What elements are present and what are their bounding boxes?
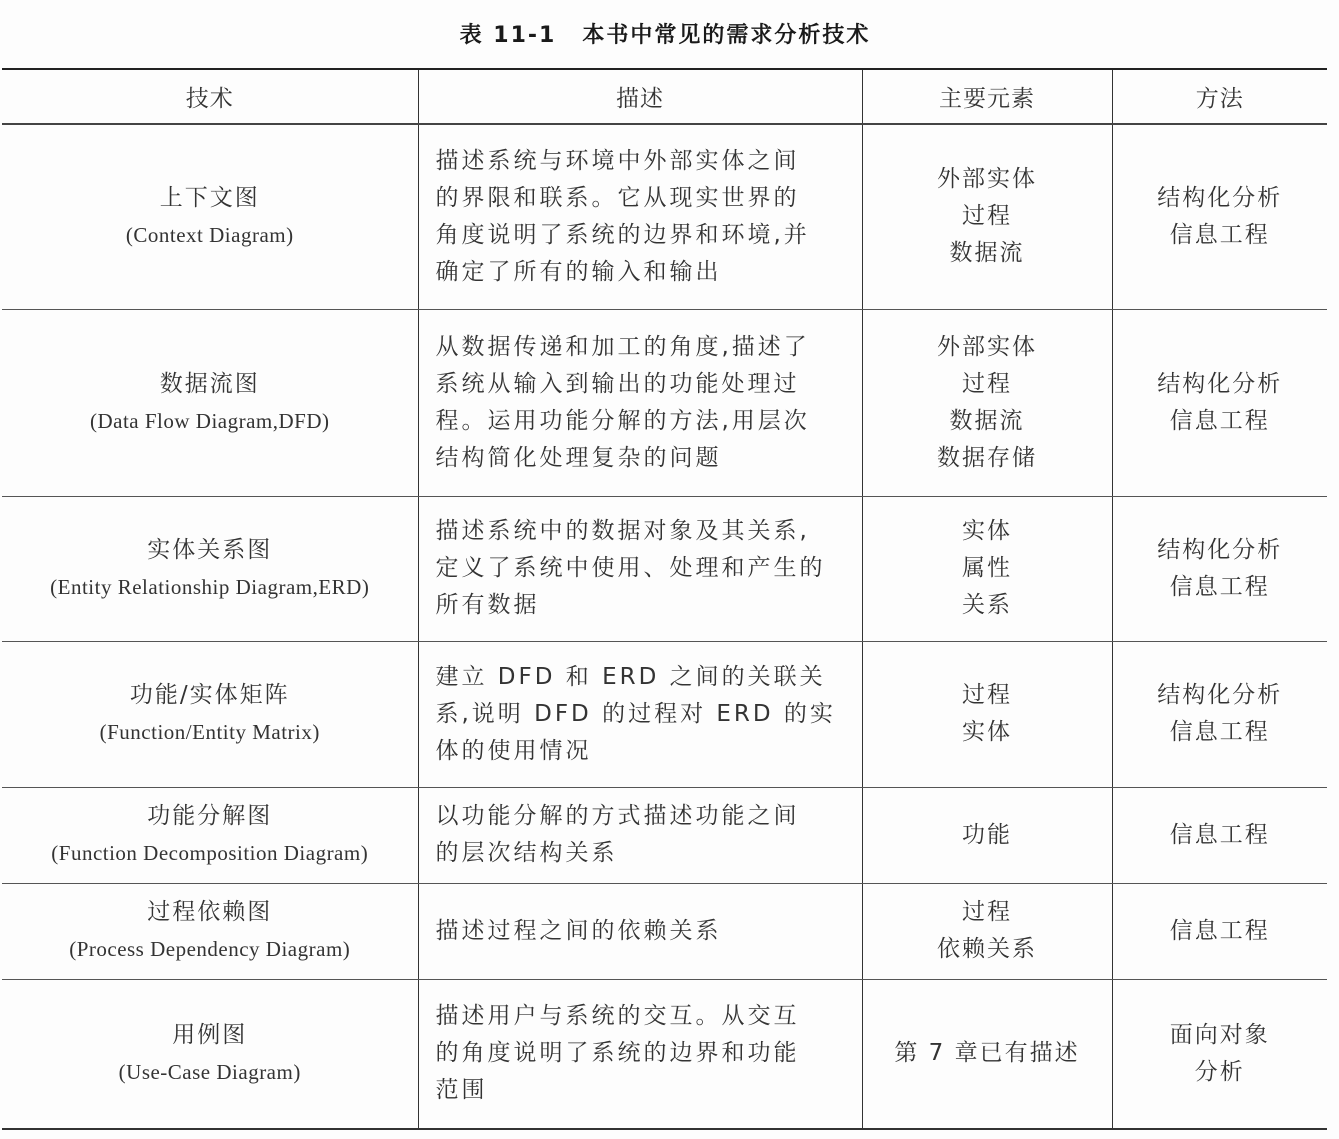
technique-name-en: (Context Diagram): [2, 217, 418, 254]
element-item: 关系: [863, 587, 1112, 624]
table-title: 本书中常见的需求分析技术: [582, 23, 870, 48]
description-cell: 描述用户与系统的交互。从交互的角度说明了系统的边界和功能范围: [418, 979, 862, 1129]
description-line: 从数据传递和加工的角度,描述了: [436, 329, 844, 366]
description-line: 以功能分解的方式描述功能之间: [436, 798, 844, 835]
description-line: 结构简化处理复杂的问题: [436, 440, 844, 477]
header-description: 描述: [418, 69, 862, 124]
description-line: 描述过程之间的依赖关系: [436, 913, 844, 950]
method-item: 信息工程: [1113, 217, 1328, 254]
technique-name-zh: 上下文图: [2, 180, 418, 217]
table-number: 表 11-1: [460, 23, 557, 48]
technique-name-en: (Process Dependency Diagram): [2, 931, 418, 968]
method-item: 信息工程: [1113, 714, 1328, 751]
main-elements-cell: 实体属性关系: [862, 496, 1112, 641]
element-item: 数据存储: [863, 440, 1112, 477]
description-line: 系统从输入到输出的功能处理过: [436, 366, 844, 403]
description-line: 系,说明 DFD 的过程对 ERD 的实: [436, 696, 844, 733]
method-item: 结构化分析: [1113, 366, 1328, 403]
technique-cell: 过程依赖图 (Process Dependency Diagram): [2, 883, 418, 979]
technique-cell: 功能/实体矩阵 (Function/Entity Matrix): [2, 641, 418, 787]
method-cell: 信息工程: [1112, 883, 1327, 979]
description-line: 所有数据: [436, 587, 844, 624]
element-item: 依赖关系: [863, 931, 1112, 968]
description-line: 定义了系统中使用、处理和产生的: [436, 550, 844, 587]
element-item: 过程: [863, 366, 1112, 403]
method-cell: 结构化分析信息工程: [1112, 124, 1327, 309]
description-line: 的角度说明了系统的边界和功能: [436, 1035, 844, 1072]
element-item: 外部实体: [863, 161, 1112, 198]
method-item: 结构化分析: [1113, 677, 1328, 714]
method-cell: 结构化分析信息工程: [1112, 496, 1327, 641]
description-line: 描述系统中的数据对象及其关系,: [436, 513, 844, 550]
main-elements-cell: 外部实体过程数据流: [862, 124, 1112, 309]
technique-cell: 数据流图 (Data Flow Diagram,DFD): [2, 309, 418, 496]
element-item: 数据流: [863, 235, 1112, 272]
table-row: 实体关系图 (Entity Relationship Diagram,ERD) …: [2, 496, 1327, 641]
requirements-analysis-techniques-table: 技术 描述 主要元素 方法 上下文图 (Context Diagram) 描述系…: [2, 68, 1327, 1130]
method-item: 分析: [1113, 1054, 1328, 1091]
table-caption: 表 11-1本书中常见的需求分析技术: [0, 18, 1330, 49]
element-item: 外部实体: [863, 329, 1112, 366]
main-elements-cell: 第 7 章已有描述: [862, 979, 1112, 1129]
technique-name-en: (Function Decomposition Diagram): [2, 835, 418, 872]
description-line: 的界限和联系。它从现实世界的: [436, 180, 844, 217]
technique-cell: 上下文图 (Context Diagram): [2, 124, 418, 309]
technique-cell: 实体关系图 (Entity Relationship Diagram,ERD): [2, 496, 418, 641]
method-cell: 结构化分析信息工程: [1112, 309, 1327, 496]
main-elements-cell: 过程依赖关系: [862, 883, 1112, 979]
table-row: 功能/实体矩阵 (Function/Entity Matrix) 建立 DFD …: [2, 641, 1327, 787]
technique-name-zh: 实体关系图: [2, 532, 418, 569]
table-row: 过程依赖图 (Process Dependency Diagram) 描述过程之…: [2, 883, 1327, 979]
element-item: 数据流: [863, 403, 1112, 440]
method-cell: 面向对象分析: [1112, 979, 1327, 1129]
table-row: 功能分解图 (Function Decomposition Diagram) 以…: [2, 787, 1327, 883]
element-item: 过程: [863, 677, 1112, 714]
method-item: 结构化分析: [1113, 180, 1328, 217]
description-line: 描述用户与系统的交互。从交互: [436, 998, 844, 1035]
element-item: 第 7 章已有描述: [863, 1035, 1112, 1072]
main-elements-cell: 过程实体: [862, 641, 1112, 787]
description-cell: 建立 DFD 和 ERD 之间的关联关系,说明 DFD 的过程对 ERD 的实体…: [418, 641, 862, 787]
method-cell: 结构化分析信息工程: [1112, 641, 1327, 787]
description-cell: 以功能分解的方式描述功能之间的层次结构关系: [418, 787, 862, 883]
method-item: 面向对象: [1113, 1017, 1328, 1054]
element-item: 过程: [863, 198, 1112, 235]
technique-name-en: (Entity Relationship Diagram,ERD): [2, 569, 418, 606]
technique-name-en: (Data Flow Diagram,DFD): [2, 403, 418, 440]
description-line: 建立 DFD 和 ERD 之间的关联关: [436, 659, 844, 696]
element-item: 实体: [863, 513, 1112, 550]
description-line: 角度说明了系统的边界和环境,并: [436, 217, 844, 254]
method-item: 结构化分析: [1113, 532, 1328, 569]
description-line: 的层次结构关系: [436, 835, 844, 872]
header-technique: 技术: [2, 69, 418, 124]
table-row: 数据流图 (Data Flow Diagram,DFD) 从数据传递和加工的角度…: [2, 309, 1327, 496]
description-cell: 描述过程之间的依赖关系: [418, 883, 862, 979]
technique-cell: 功能分解图 (Function Decomposition Diagram): [2, 787, 418, 883]
description-cell: 描述系统与环境中外部实体之间的界限和联系。它从现实世界的角度说明了系统的边界和环…: [418, 124, 862, 309]
description-line: 范围: [436, 1072, 844, 1109]
technique-name-zh: 过程依赖图: [2, 894, 418, 931]
description-line: 程。运用功能分解的方法,用层次: [436, 403, 844, 440]
technique-name-en: (Use-Case Diagram): [2, 1054, 418, 1091]
element-item: 功能: [863, 817, 1112, 854]
description-line: 确定了所有的输入和输出: [436, 254, 844, 291]
element-item: 实体: [863, 714, 1112, 751]
technique-cell: 用例图 (Use-Case Diagram): [2, 979, 418, 1129]
header-main-elements: 主要元素: [862, 69, 1112, 124]
table-row: 用例图 (Use-Case Diagram) 描述用户与系统的交互。从交互的角度…: [2, 979, 1327, 1129]
description-line: 体的使用情况: [436, 733, 844, 770]
element-item: 过程: [863, 894, 1112, 931]
header-row: 技术 描述 主要元素 方法: [2, 69, 1327, 124]
description-line: 描述系统与环境中外部实体之间: [436, 143, 844, 180]
main-elements-cell: 外部实体过程数据流数据存储: [862, 309, 1112, 496]
table-row: 上下文图 (Context Diagram) 描述系统与环境中外部实体之间的界限…: [2, 124, 1327, 309]
header-method: 方法: [1112, 69, 1327, 124]
description-cell: 从数据传递和加工的角度,描述了系统从输入到输出的功能处理过程。运用功能分解的方法…: [418, 309, 862, 496]
technique-name-zh: 功能/实体矩阵: [2, 677, 418, 714]
main-elements-cell: 功能: [862, 787, 1112, 883]
technique-name-zh: 数据流图: [2, 366, 418, 403]
method-item: 信息工程: [1113, 403, 1328, 440]
method-item: 信息工程: [1113, 913, 1328, 950]
method-cell: 信息工程: [1112, 787, 1327, 883]
technique-name-en: (Function/Entity Matrix): [2, 714, 418, 751]
technique-name-zh: 功能分解图: [2, 798, 418, 835]
method-item: 信息工程: [1113, 817, 1328, 854]
element-item: 属性: [863, 550, 1112, 587]
description-cell: 描述系统中的数据对象及其关系,定义了系统中使用、处理和产生的所有数据: [418, 496, 862, 641]
technique-name-zh: 用例图: [2, 1017, 418, 1054]
method-item: 信息工程: [1113, 569, 1328, 606]
